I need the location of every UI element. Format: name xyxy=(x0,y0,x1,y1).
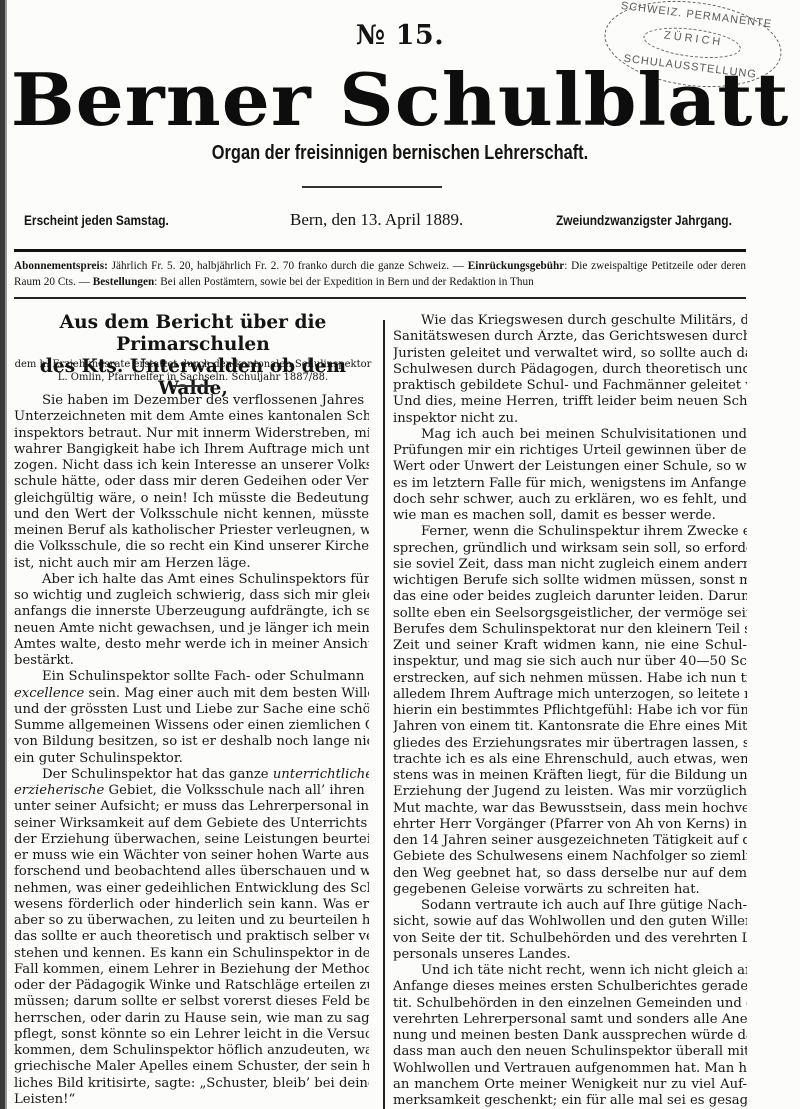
text-line: er muss wie ein Wächter von seiner hohen… xyxy=(14,848,369,864)
text-line: pflegt, sonst könnte so ein Lehrer leich… xyxy=(14,1027,369,1043)
text-line: erzieherische Gebiet, die Volksschule na… xyxy=(14,783,369,799)
text-line: Berufes dem Schulinspektorat nur den kle… xyxy=(393,622,747,638)
text-line: und den Wert der Volksschule nicht kenne… xyxy=(14,507,369,523)
text-line: gleichgültig wäre, o nein! Ich müsste di… xyxy=(14,491,369,507)
text-line: griechische Maler Apelles einem Schuster… xyxy=(14,1059,369,1075)
text-line: nehmen, was einer gedeihlichen Entwicklu… xyxy=(14,881,369,897)
text-line: so wichtig und zugleich schwierig, dass … xyxy=(14,588,369,604)
byline-line: L. Omlin, Pfarrhelfer in Sachseln. Schul… xyxy=(14,371,372,384)
text-line: wie man es machen soll, damit es besser … xyxy=(393,508,747,524)
text-line: Leisten!“ xyxy=(14,1092,369,1108)
text-line: schule hätte, oder dass mir deren Gedeih… xyxy=(14,474,369,490)
text-line: Summe allgemeinen Wissens oder einen zie… xyxy=(14,718,369,734)
text-line: personals unseres Landes. xyxy=(393,947,747,963)
text-line: unter seiner Aufsicht; er muss das Lehre… xyxy=(14,799,369,815)
masthead-subtitle: Organ der freisinnigen bernischen Lehrer… xyxy=(72,142,728,165)
column-separator xyxy=(383,320,385,1109)
text-line: sie soviel Zeit, dass man nicht zugleich… xyxy=(393,557,747,573)
text-line: zogen. Nicht dass ich kein Interesse an … xyxy=(14,458,369,474)
text-line: dass man auch den neuen Schulinspektor ü… xyxy=(393,1044,747,1060)
text-line: sicht, sowie auf das Wohlwollen und den … xyxy=(393,914,747,930)
text-line: aber so zu überwachen, zu leiten und zu … xyxy=(14,913,369,929)
text-line: von Seite der tit. Schulbehörden und des… xyxy=(393,931,747,947)
text-line: forschend und beobachtend alles überscha… xyxy=(14,864,369,880)
text-line: neuen Amte nicht gewachsen, und je länge… xyxy=(14,621,369,637)
publication-frequency: Erscheint jeden Samstag. xyxy=(24,212,169,228)
text-line: müssen; darum sollte er selbst vorerst d… xyxy=(14,994,369,1010)
text-line: nung und meinen besten Dank aussprechen … xyxy=(393,1028,747,1044)
text-line: seiner Wirksamkeit auf dem Gebiete des U… xyxy=(14,816,369,832)
text-line: das sollte er auch theoretisch und prakt… xyxy=(14,929,369,945)
text-line: es im letztern Falle für mich, wenigsten… xyxy=(393,476,747,492)
text-line: inspektors betraut. Nur mit innerm Wider… xyxy=(14,426,369,442)
text-line: Sodann vertraute ich auch auf Ihre gütig… xyxy=(393,898,747,914)
text-line: Der Schulinspektor hat das ganze unterri… xyxy=(14,767,369,783)
masthead-title: Berner Schulblatt xyxy=(0,64,800,136)
text-line: wesens förderlich oder hinderlich sein k… xyxy=(14,897,369,913)
article-column-left: Sie haben im Dezember des verflossenen J… xyxy=(14,393,369,1108)
text-line: Wohlwollen und Vertrauen aufgenommen hat… xyxy=(393,1061,747,1077)
text-line: Wert oder Unwert der Leistungen einer Sc… xyxy=(393,459,747,475)
divider xyxy=(14,297,746,299)
text-line: wichtigen Berufe sich sollte widmen müss… xyxy=(393,573,747,589)
text-line: stehen und kennen. Es kann ein Schulinsp… xyxy=(14,946,369,962)
text-line: Schulwesen durch Pädagogen, durch theore… xyxy=(393,362,747,378)
orders-label: Bestellungen xyxy=(93,276,155,288)
divider xyxy=(302,186,442,188)
text-line: Gebiete des Schulwesens einem Nachfolger… xyxy=(393,849,747,865)
text-line: anfangs die innerste Überzeugung aufdrän… xyxy=(14,604,369,620)
text-line: den 14 Jahren seiner ausgezeichneten Tät… xyxy=(393,833,747,849)
divider xyxy=(14,249,746,252)
publication-date: Bern, den 13. April 1889. xyxy=(290,210,463,230)
text-line: Anfange dieses meines ersten Schulberich… xyxy=(393,979,747,995)
text-line: oder der Pädagogik Winke und Ratschläge … xyxy=(14,978,369,994)
insertion-fee-label: Einrückungsgebühr xyxy=(468,260,565,272)
text-line: verehrten Lehrerpersonal samt und sonder… xyxy=(393,1012,747,1028)
text-line: tit. Schulbehörden in den einzelnen Geme… xyxy=(393,996,747,1012)
orders-text: : Bei allen Postämtern, sowie bei der Ex… xyxy=(154,276,534,288)
headline-line: Aus dem Bericht über die Primarschulen xyxy=(14,312,372,356)
text-line: das eine oder beides zugleich darunter l… xyxy=(393,589,747,605)
text-line: Aber ich halte das Amt eines Schulinspek… xyxy=(14,572,369,588)
text-line: sollte eben ein Seelsorgsgeistlicher, de… xyxy=(393,606,747,622)
article-headline: Aus dem Bericht über die Primarschulen d… xyxy=(14,312,372,400)
text-line: Zeit und seiner Kraft widmen kann, nie e… xyxy=(393,638,747,654)
subscription-text: Jährlich Fr. 5. 20, halbjährlich Fr. 2. … xyxy=(108,260,468,272)
text-line: stens was in meinen Kräften liegt, für d… xyxy=(393,768,747,784)
text-line: doch sehr schwer, auch zu erklären, wo e… xyxy=(393,492,747,508)
text-line: die Volksschule, die so recht ein Kind u… xyxy=(14,539,369,555)
text-line: Ferner, wenn die Schulinspektur ihrem Zw… xyxy=(393,524,747,540)
text-line: Fall kommen, einem Lehrer in Beziehung d… xyxy=(14,962,369,978)
article-column-right: Wie das Kriegswesen durch geschulte Mili… xyxy=(393,313,747,1109)
text-line: Erziehung der Jugend zu leisten. Was mir… xyxy=(393,784,747,800)
text-line: sprechen, gründlich und wirksam sein sol… xyxy=(393,541,747,557)
text-line: liches Bild kritisirte, sagte: „Schuster… xyxy=(14,1076,369,1092)
text-line: excellence sein. Mag einer auch mit dem … xyxy=(14,686,369,702)
text-line: Sanitätswesen durch Ärzte, das Gerichtsw… xyxy=(393,329,747,345)
text-line: meinen Beruf als katholischer Priester v… xyxy=(14,523,369,539)
text-line: hierin ein bestimmtes Pflichtgefühl: Hab… xyxy=(393,703,747,719)
text-line: Wie das Kriegswesen durch geschulte Mili… xyxy=(393,313,747,329)
volume-year: Zweiundzwanzigster Jahrgang. xyxy=(556,212,732,228)
text-line: gegebenen Geleise vorwärts zu schreiten … xyxy=(393,882,747,898)
text-line: wahrer Bangigkeit habe ich Ihrem Auftrag… xyxy=(14,442,369,458)
text-line: gliedes des Erziehungsrates mir übertrag… xyxy=(393,736,747,752)
text-line: und der grössten Lust und Liebe zur Sach… xyxy=(14,702,369,718)
text-line: trachte ich es als eine Ehrenschuld, auc… xyxy=(393,752,747,768)
text-line: Ein Schulinspektor sollte Fach- oder Sch… xyxy=(14,669,369,685)
text-line: alledem Ihrem Auftrage mich unterzogen, … xyxy=(393,687,747,703)
text-line: herrschen, oder darin zu Hause sein, wie… xyxy=(14,1011,369,1027)
text-line: Unterzeichneten mit dem Amte eines kanto… xyxy=(14,409,369,425)
text-line: Und ich täte nicht recht, wenn ich nicht… xyxy=(393,963,747,979)
text-line: Sie haben im Dezember des verflossenen J… xyxy=(14,393,369,409)
subscription-label: Abonnementspreis: xyxy=(14,260,108,272)
text-line: praktisch gebildete Schul- und Fachmänne… xyxy=(393,378,747,394)
text-line: der Erziehung überwachen, seine Leistung… xyxy=(14,832,369,848)
text-line: inspektur, und mag sie sich auch nur übe… xyxy=(393,654,747,670)
text-line: Mag ich auch bei meinen Schulvisitatione… xyxy=(393,427,747,443)
text-line: ein guter Schulinspektor. xyxy=(14,751,369,767)
text-line: Mut machte, war das Bewusstsein, dass me… xyxy=(393,801,747,817)
text-line: Juristen geleitet und verwaltet wird, so… xyxy=(393,346,747,362)
scan-page-edge-shadow xyxy=(5,0,7,1109)
text-line: den Weg geebnet hat, so dass derselbe nu… xyxy=(393,866,747,882)
text-line: an manchem Orte meiner Wenigkeit nur zu … xyxy=(393,1077,747,1093)
text-line: Und dies, meine Herren, trifft leider be… xyxy=(393,394,747,410)
article-byline: dem h. Erziehungsrate erstattet durch de… xyxy=(14,358,372,384)
text-line: ist, nicht auch mir am Herzen läge. xyxy=(14,556,369,572)
text-line: bestärkt. xyxy=(14,653,369,669)
divider xyxy=(172,385,212,387)
text-line: von Bildung besitzen, so ist er deshalb … xyxy=(14,734,369,750)
text-line: merksamkeit geschenkt; ein für alle mal … xyxy=(393,1093,747,1109)
subscription-notice: Abonnementspreis: Jährlich Fr. 5. 20, ha… xyxy=(14,258,746,290)
byline-line: dem h. Erziehungsrate erstattet durch de… xyxy=(14,358,372,371)
text-line: kommen, dem Schulinspektor höflich anzud… xyxy=(14,1043,369,1059)
text-line: Prüfungen mir ein richtiges Urteil gewin… xyxy=(393,443,747,459)
text-line: Amtes walte, desto mehr werde ich in mei… xyxy=(14,637,369,653)
text-line: Jahren von einem tit. Kantonsrate die Eh… xyxy=(393,719,747,735)
text-line: erstrecken, auf sich nehmen müssen. Habe… xyxy=(393,671,747,687)
text-line: inspektor nicht zu. xyxy=(393,411,747,427)
text-line: ehrter Herr Vorgänger (Pfarrer von Ah vo… xyxy=(393,817,747,833)
